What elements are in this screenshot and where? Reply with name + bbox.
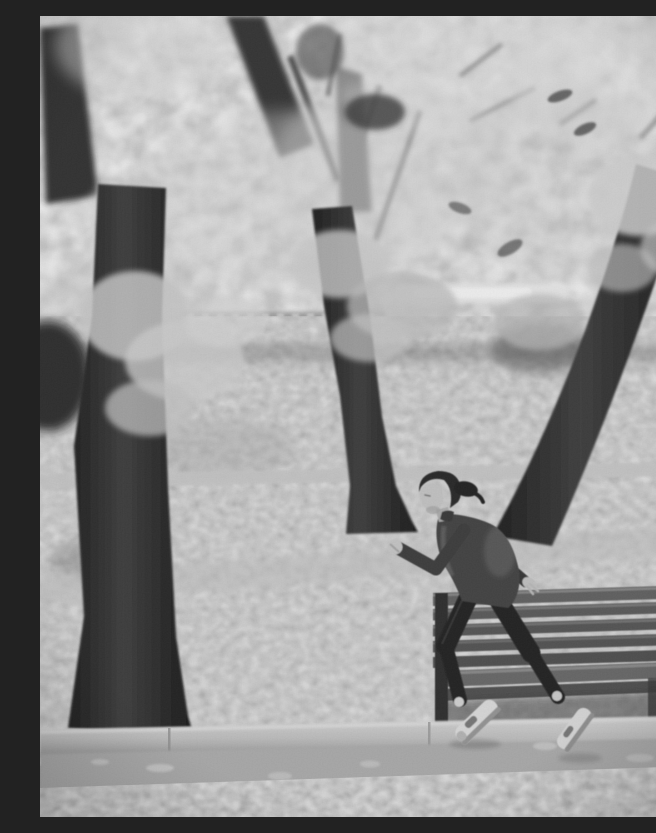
photo-canvas bbox=[40, 16, 656, 817]
photograph bbox=[40, 16, 656, 817]
vignette bbox=[40, 16, 656, 817]
